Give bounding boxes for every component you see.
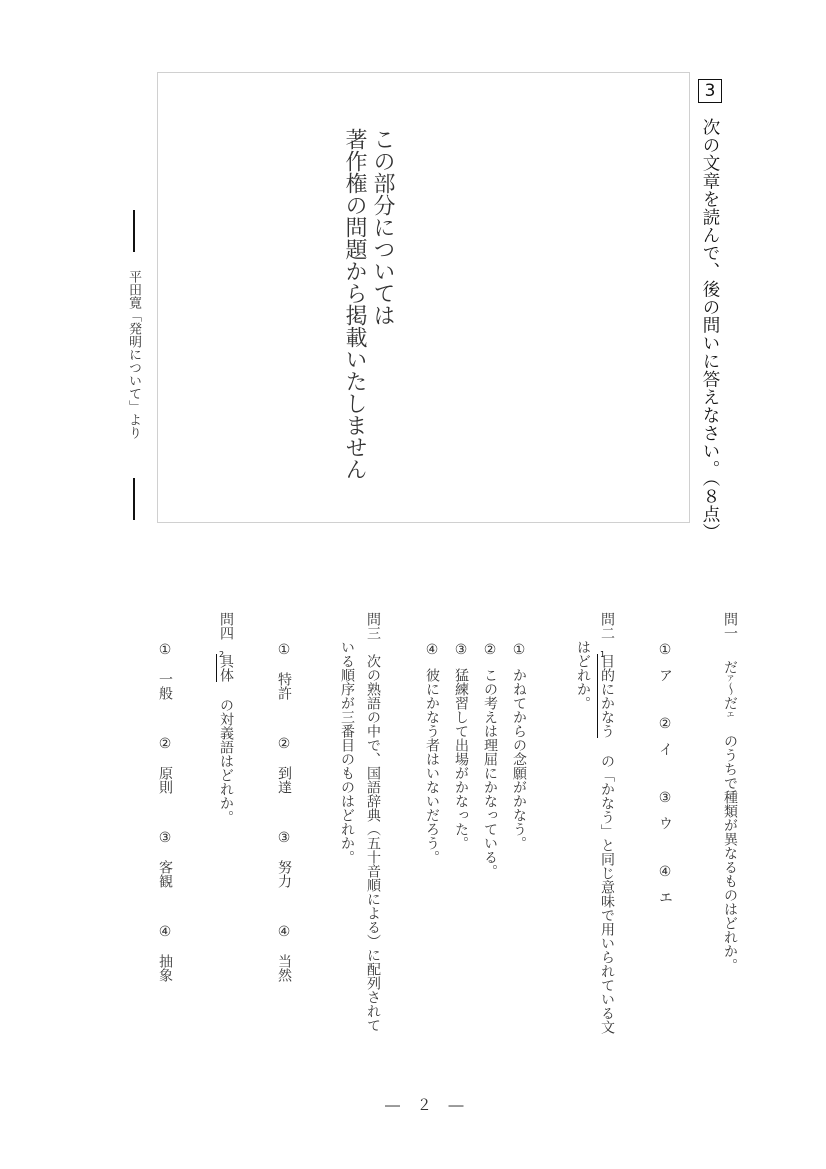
choice-1-4[interactable]: ④エ [655, 864, 675, 904]
choice-4-4[interactable]: ④抽象 [155, 924, 175, 982]
choice-2-3[interactable]: ③猛練習して出場がかなった。 [451, 642, 471, 850]
question-4-text: の対義語はどれか。 [218, 698, 234, 824]
choice-3-4[interactable]: ④当然 [274, 924, 294, 982]
section-number: 3 [698, 79, 722, 103]
question-3-line-1: 問三次の熟語の中で、国語辞典（五十音順による）に配列されて [361, 612, 385, 1032]
choice-4-2[interactable]: ②原則 [155, 736, 175, 794]
question-1-text: のうちで種類が異なるものはどれか。 [722, 734, 738, 972]
choice-3-2[interactable]: ②到達 [274, 736, 294, 794]
choice-1-1[interactable]: ①ア [655, 642, 675, 682]
choice-1-3[interactable]: ③ウ [655, 790, 675, 830]
question-1-label: 問一 [722, 612, 738, 640]
underlined-gutai: 具体2 [216, 654, 234, 682]
question-3-label: 問三 [365, 612, 381, 640]
question-3-line-2: いる順序が三番目のものはどれか。 [335, 640, 359, 864]
notice-line-1: この部分については [370, 128, 395, 326]
choice-1-2[interactable]: ②イ [655, 716, 675, 756]
choice-4-3[interactable]: ③客観 [155, 830, 175, 888]
tilde: ～ [722, 682, 738, 696]
passage-box [157, 72, 690, 523]
copyright-notice: この部分については 著作権の問題から掲載いたしません [340, 128, 396, 480]
choice-3-3[interactable]: ③努力 [274, 830, 294, 888]
question-3-text: 次の熟語の中で、国語辞典（五十音順による）に配列されて [365, 654, 381, 1032]
choice-2-1[interactable]: ①かねてからの念願がかなう。 [509, 642, 529, 850]
marker-da-e: だ [722, 696, 738, 710]
marker-da-a: だ [722, 660, 738, 674]
question-1: 問一だア～だエのうちで種類が異なるものはどれか。 [718, 612, 742, 972]
choice-2-2[interactable]: ②この考えは理屈にかなっている。 [480, 642, 500, 878]
section-instruction: 次の文章を読んで、後の問いに答えなさい。（８点） [697, 118, 723, 541]
underlined-mokuteki: 目的にかなう1 [597, 654, 615, 738]
source-dash-top [133, 210, 135, 252]
choice-4-1[interactable]: ①一般 [155, 642, 175, 700]
question-2-line-2: はどれか。 [571, 640, 595, 710]
source-dash-bottom [133, 478, 135, 520]
choice-2-4[interactable]: ④彼にかなう者はいないだろう。 [422, 642, 442, 864]
page-number: ― ２ ― [385, 1094, 470, 1115]
question-2-text: の「かなう」と同じ意味で用いられている文 [599, 754, 615, 1034]
choice-3-1[interactable]: ①特許 [274, 642, 294, 700]
notice-line-2: 著作権の問題から掲載いたしません [342, 128, 367, 480]
question-2-line-1: 問二目的にかなう1の「かなう」と同じ意味で用いられている文 [595, 612, 619, 1034]
question-4-label: 問四 [218, 612, 234, 640]
mark-e: エ [726, 710, 735, 718]
question-2-label: 問二 [599, 612, 615, 640]
mark-a: ア [726, 674, 735, 682]
question-4: 問四具体2の対義語はどれか。 [214, 612, 238, 824]
source-attribution: 平田寛「発明について」より [124, 270, 142, 439]
